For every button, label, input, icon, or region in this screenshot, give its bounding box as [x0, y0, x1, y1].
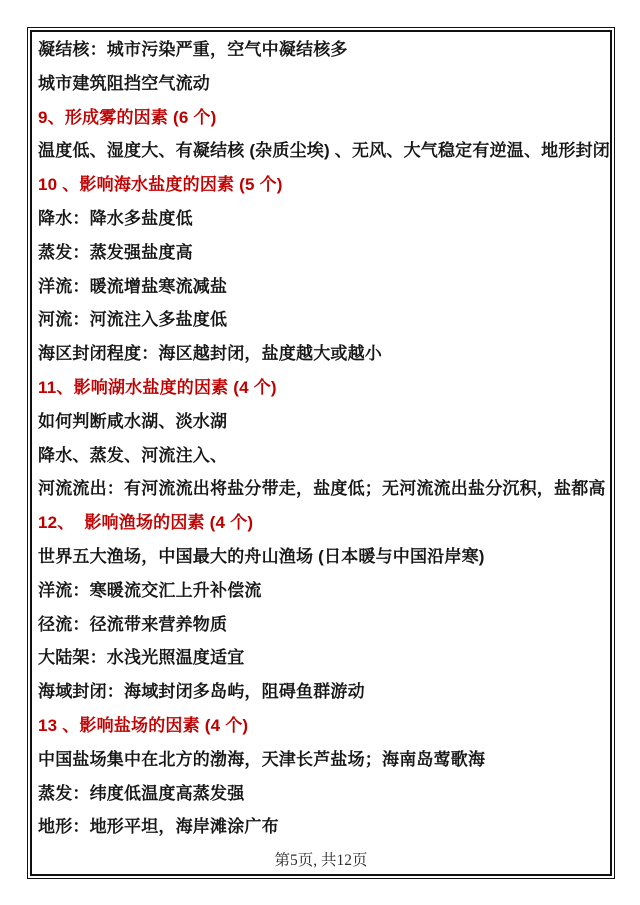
document-line: 径流：径流带来营养物质	[38, 608, 610, 642]
document-line: 降水：降水多盐度低	[38, 202, 610, 236]
document-line: 如何判断咸水湖、淡水湖	[38, 405, 610, 439]
page-number: 第5页, 共12页	[32, 844, 610, 874]
document-line: 大陆架：水浅光照温度适宜	[38, 641, 610, 675]
document-line: 河流：河流注入多盐度低	[38, 303, 610, 337]
document-line: 9、形成雾的因素 (6 个)	[38, 101, 610, 135]
document-line: 12、 影响渔场的因素 (4 个)	[38, 506, 610, 540]
document-line: 10 、影响海水盐度的因素 (5 个)	[38, 168, 610, 202]
document-line: 蒸发：纬度低温度高蒸发强	[38, 777, 610, 811]
document-line: 洋流：暖流增盐寒流减盐	[38, 270, 610, 304]
notes-text-block: 凝结核：城市污染严重，空气中凝结核多城市建筑阻挡空气流动9、形成雾的因素 (6 …	[38, 33, 610, 844]
document-line: 地形：地形平坦，海岸滩涂广布	[38, 810, 610, 844]
document-line: 城市建筑阻挡空气流动	[38, 67, 610, 101]
page-border-frame: 凝结核：城市污染严重，空气中凝结核多城市建筑阻挡空气流动9、形成雾的因素 (6 …	[27, 27, 615, 879]
document-line: 洋流：寒暖流交汇上升补偿流	[38, 574, 610, 608]
document-page: 凝结核：城市污染严重，空气中凝结核多城市建筑阻挡空气流动9、形成雾的因素 (6 …	[0, 0, 640, 905]
document-line: 温度低、湿度大、有凝结核 (杂质尘埃) 、无风、大气稳定有逆温、地形封闭	[38, 134, 610, 168]
document-line: 13 、影响盐场的因素 (4 个)	[38, 709, 610, 743]
document-line: 11、影响湖水盐度的因素 (4 个)	[38, 371, 610, 405]
document-line: 河流流出：有河流流出将盐分带走，盐度低；无河流流出盐分沉积，盐都高	[38, 472, 610, 506]
document-line: 海域封闭：海域封闭多岛屿，阻碍鱼群游动	[38, 675, 610, 709]
document-line: 凝结核：城市污染严重，空气中凝结核多	[38, 33, 610, 67]
page-content-area: 凝结核：城市污染严重，空气中凝结核多城市建筑阻挡空气流动9、形成雾的因素 (6 …	[30, 30, 612, 876]
document-line: 降水、蒸发、河流注入、	[38, 439, 610, 473]
document-line: 蒸发：蒸发强盐度高	[38, 236, 610, 270]
document-line: 中国盐场集中在北方的渤海，天津长芦盐场；海南岛莺歌海	[38, 743, 610, 777]
document-line: 海区封闭程度：海区越封闭，盐度越大或越小	[38, 337, 610, 371]
document-line: 世界五大渔场，中国最大的舟山渔场 (日本暖与中国沿岸寒)	[38, 540, 610, 574]
